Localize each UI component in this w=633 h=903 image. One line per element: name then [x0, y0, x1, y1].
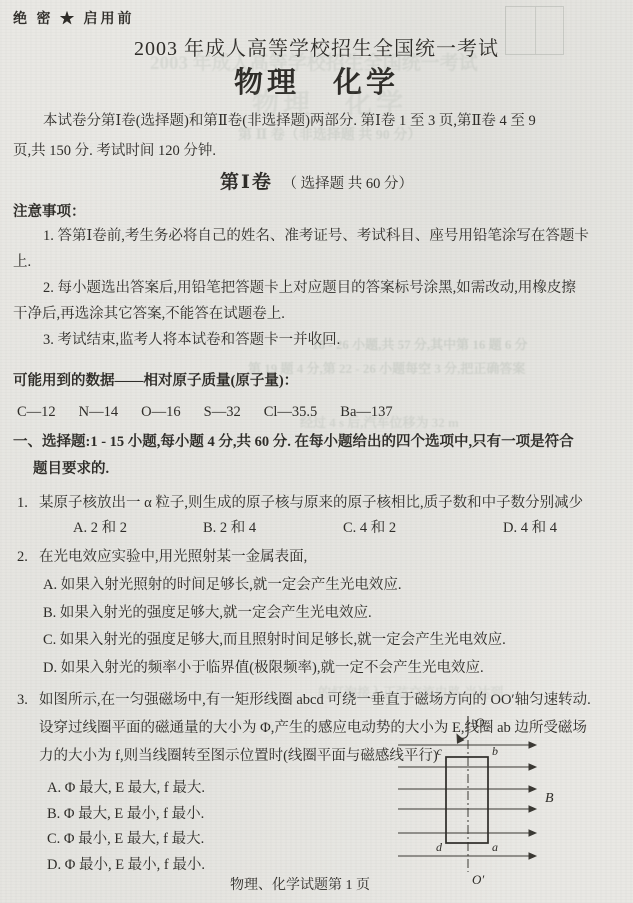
ghost-text: 第 Ⅱ 卷（非选择题 共 90 分）: [238, 124, 421, 144]
ghost-text: 物理 化学: [252, 82, 407, 121]
axis-label-top: O: [475, 715, 485, 730]
page-footer: 物理、化学试题第 1 页: [0, 874, 600, 894]
question-2-option-d: D. 如果入射光的频率小于临界值(极限频率),就一定不会产生光电效应.: [43, 655, 620, 683]
choice-header-line-2: 题目要求的.: [13, 456, 620, 483]
question-1-number: 1.: [13, 491, 39, 515]
field-label-B: B: [545, 791, 554, 806]
section-subtitle: （ 选择题 共 60 分）: [283, 176, 414, 192]
atomic-mass-item: N—14: [79, 401, 118, 423]
question-2-number: 2.: [13, 545, 39, 569]
corner-label-b: b: [492, 744, 498, 758]
section-name: 第Ⅰ卷: [220, 172, 273, 193]
question-2-option-a: A. 如果入射光照射的时间足够长,就一定会产生光电效应.: [43, 572, 620, 600]
ghost-text: 16 - 26 小题,共 57 分,其中第 16 题 6 分: [312, 334, 528, 353]
notice-2-line-1: 2. 每小题选出答案后,用铅笔把答题卡上对应题目的答案标号涂黑,如需改动,用橡皮…: [13, 275, 620, 301]
notice-item-2: 2. 每小题选出答案后,用铅笔把答题卡上对应题目的答案标号涂黑,如需改动,用橡皮…: [13, 275, 620, 327]
question-1-option-c: C. 4 和 2: [343, 517, 503, 539]
ghost-text: 的灯泡接入正弦交流电路,当达到: [318, 682, 503, 701]
question-2: 2. 在光电效应实验中,用光照射某一金属表面, A. 如果入射光照射的时间足够长…: [13, 545, 620, 682]
notice-item-1: 1. 答第Ⅰ卷前,考生务必将自己的姓名、准考证号、考试科目、座号用铅笔涂写在答题…: [13, 223, 620, 275]
question-1-option-d: D. 4 和 4: [503, 517, 557, 539]
section-heading: 第Ⅰ卷 （ 选择题 共 60 分）: [13, 168, 620, 199]
corner-label-c: c: [437, 744, 443, 758]
coil-in-field-figure: O O′ c b d a B: [390, 712, 570, 890]
atomic-mass-item: S—32: [204, 401, 241, 423]
atomic-mass-item: O—16: [141, 401, 180, 423]
ghost-text: 经过 4 s 后,汽车位移为 32 m: [300, 412, 459, 431]
ghost-text: 2003 年成人高等学校招生全国统一考试: [150, 48, 478, 75]
question-2-options: A. 如果入射光照射的时间足够长,就一定会产生光电效应. B. 如果入射光的强度…: [43, 572, 620, 682]
field-lines: [398, 745, 536, 856]
question-1-option-a: A. 2 和 2: [73, 517, 203, 539]
notice-1-line-1: 1. 答第Ⅰ卷前,考生务必将自己的姓名、准考证号、考试科目、座号用铅笔涂写在答题…: [13, 223, 620, 249]
question-2-option-b: B. 如果入射光的强度足够大,就一定会产生光电效应.: [43, 600, 620, 628]
notice-1-line-2: 上.: [13, 249, 620, 275]
atomic-mass-item: C—12: [17, 401, 56, 423]
question-2-stem: 在光电效应实验中,用光照射某一金属表面,: [39, 545, 620, 569]
question-1-option-b: B. 2 和 4: [203, 517, 343, 539]
question-3-number: 3.: [13, 686, 39, 714]
coil-rect: [446, 757, 488, 843]
ghost-seal-box-divider: [535, 7, 536, 54]
choice-header-line-1: 一、选择题:1 - 15 小题,每小题 4 分,共 60 分. 在每小题给出的四…: [13, 429, 620, 456]
multiple-choice-header: 一、选择题:1 - 15 小题,每小题 4 分,共 60 分. 在每小题给出的四…: [13, 429, 620, 483]
ghost-seal-box: [505, 6, 564, 55]
corner-label-a: a: [492, 840, 498, 854]
question-1: 1. 某原子核放出一 α 粒子,则生成的原子核与原来的原子核相比,质子数和中子数…: [13, 491, 620, 539]
notice-heading: 注意事项：: [13, 201, 620, 223]
corner-label-d: d: [436, 840, 443, 854]
ghost-text: 第 19 题 4 分,第 22 - 26 小题每空 3 分,把正确答案: [248, 358, 525, 377]
rotation-arrow-icon: [457, 716, 468, 738]
exam-paper-page: 2003 年成人高等学校招生全国统一考试 物理 化学 第 Ⅱ 卷（非选择题 共 …: [0, 0, 633, 903]
notice-2-line-2: 干净后,再选涂其它答案,不能答在试题卷上.: [13, 301, 620, 327]
question-1-stem: 某原子核放出一 α 粒子,则生成的原子核与原来的原子核相比,质子数和中子数分别减…: [39, 491, 620, 515]
question-1-options: A. 2 和 2 B. 2 和 4 C. 4 和 2 D. 4 和 4: [73, 517, 620, 539]
question-2-option-c: C. 如果入射光的强度足够大,而且照射时间足够长,就一定会产生光电效应.: [43, 627, 620, 655]
